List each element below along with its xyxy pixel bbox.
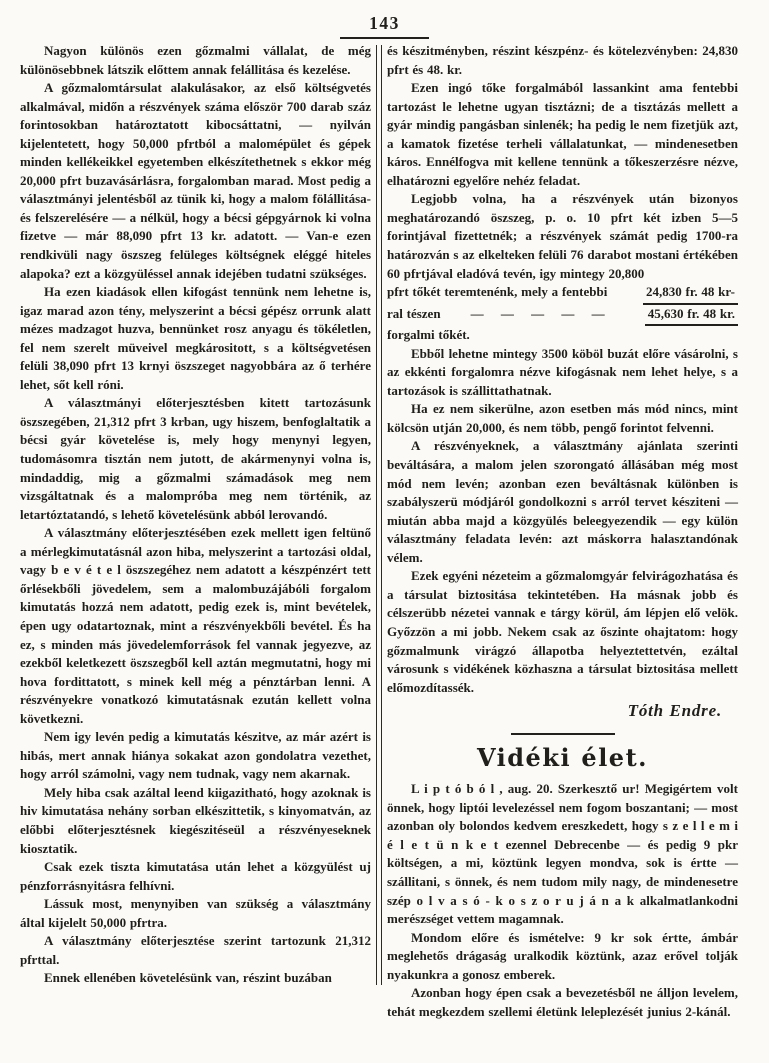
paragraph: Lássuk most, menynyiben van szükség a vá…	[20, 895, 371, 932]
author-signature: Tóth Endre.	[387, 697, 738, 721]
sum-line: pfrt tőkét teremtenénk, mely a fentebbi2…	[387, 283, 738, 305]
sum-line-dashes: — — — — —	[441, 305, 635, 324]
right-column: és készitményben, részint készpénz- és k…	[387, 42, 738, 1021]
page-number-label: 143	[340, 13, 429, 39]
paragraph: Ebből lehetne mintegy 3500 köböl buzát e…	[387, 345, 738, 401]
sum-line-text: pfrt tőkét teremtenénk, mely a fentebbi	[387, 283, 607, 302]
paragraph: forgalmi tőkét.	[387, 326, 738, 345]
paragraph: A gőzmalomtársulat alakulásakor, az első…	[20, 79, 371, 283]
paragraph: és készitményben, részint készpénz- és k…	[387, 42, 738, 79]
paragraph: Ezen ingó tőke forgalmából lassankint am…	[387, 79, 738, 190]
two-column-layout: Nagyon különös ezen gőzmalmi vállalat, d…	[0, 42, 769, 1021]
left-column: Nagyon különös ezen gőzmalmi vállalat, d…	[20, 42, 371, 988]
paragraph: Nem igy levén pedig a kimutatás készitve…	[20, 728, 371, 784]
paragraph: Ha ezen kiadások ellen kifogást tennünk …	[20, 283, 371, 394]
paragraph: Csak ezek tiszta kimutatása után lehet a…	[20, 858, 371, 895]
sum-line: ral tészen— — — — —45,630 fr. 48 kr.	[387, 305, 738, 327]
paragraph: Ha ez nem sikerülne, azon esetben más mó…	[387, 400, 738, 437]
paragraph: L i p t ó b ó l , aug. 20. Szerkesztő ur…	[387, 780, 738, 928]
paragraph: Legjobb volna, ha a részvények után bizo…	[387, 190, 738, 283]
paragraph: Mondom előre és ismételve: 9 kr sok értt…	[387, 929, 738, 985]
sum-amount: 24,830 fr. 48 kr-	[643, 283, 738, 305]
section-divider-rule	[511, 733, 615, 735]
page-number: 143	[0, 0, 769, 39]
section-heading: Vidéki élet.	[387, 744, 738, 772]
paragraph: A részvényeknek, a választmány ajánlata …	[387, 437, 738, 567]
newspaper-page: 143 Nagyon különös ezen gőzmalmi vállala…	[0, 0, 769, 1063]
paragraph: Ezek egyéni nézeteim a gőzmalomgyár felv…	[387, 567, 738, 697]
paragraph: A választmány előterjesztése szerint tar…	[20, 932, 371, 969]
sum-line-text: ral tészen	[387, 305, 441, 324]
paragraph: A választmány előterjesztésében ezek mel…	[20, 524, 371, 728]
paragraph: Nagyon különös ezen gőzmalmi vállalat, d…	[20, 42, 371, 79]
paragraph: Azonban hogy épen csak a bevezetésből ne…	[387, 984, 738, 1021]
paragraph: Ennek ellenében követelésünk van, részin…	[20, 969, 371, 988]
paragraph: A választmányi előterjesztésben kitett t…	[20, 394, 371, 524]
paragraph: Mely hiba csak azáltal leend kiigazithat…	[20, 784, 371, 858]
column-divider-rule	[376, 45, 382, 985]
sum-amount: 45,630 fr. 48 kr.	[645, 305, 738, 327]
